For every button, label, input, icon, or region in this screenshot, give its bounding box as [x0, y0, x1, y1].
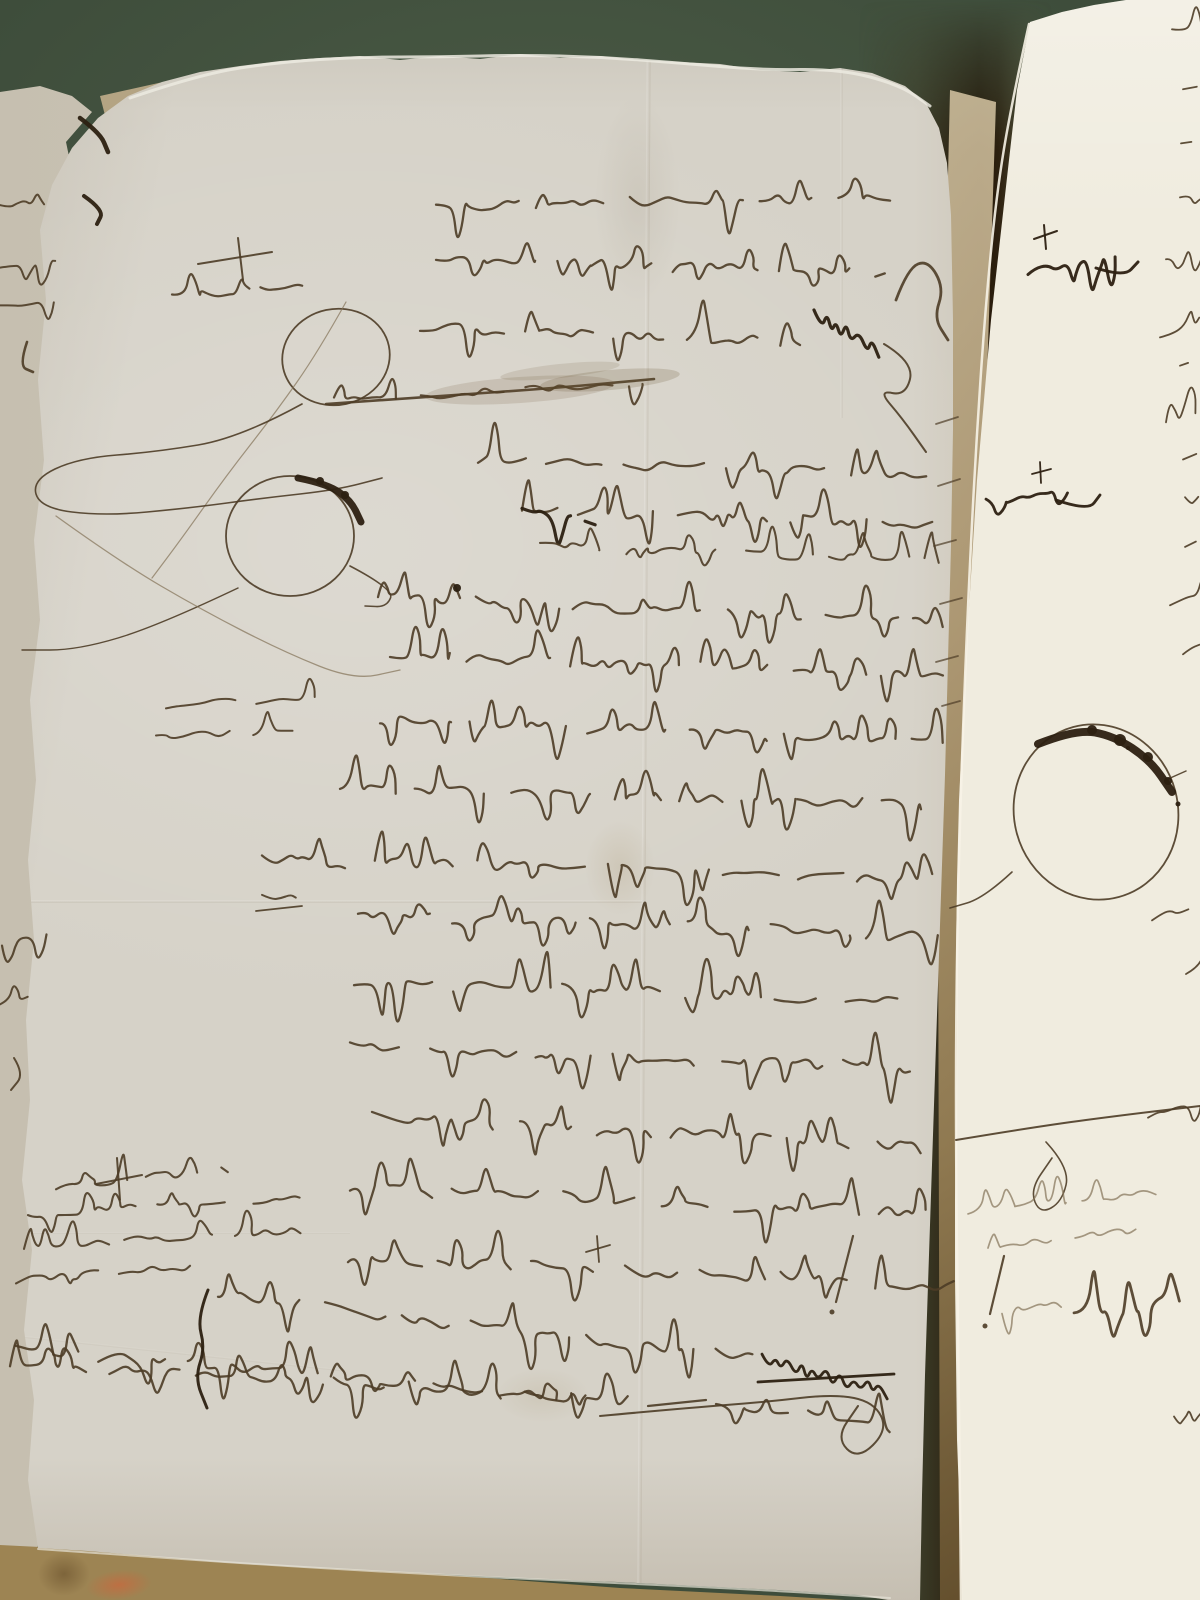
paper-stain — [595, 95, 680, 305]
horizontal-fold-crease — [10, 1232, 350, 1234]
horizontal-fold-crease — [30, 900, 642, 903]
manuscript-photo-scene — [0, 0, 1200, 1600]
paper-stain — [495, 1368, 590, 1423]
paper-stain — [585, 820, 655, 915]
stack-clay-spot — [85, 1567, 154, 1600]
diagonal-crease — [13, 1335, 341, 1371]
vertical-fold-crease — [840, 58, 843, 418]
stack-dark-blotch — [38, 1552, 90, 1596]
